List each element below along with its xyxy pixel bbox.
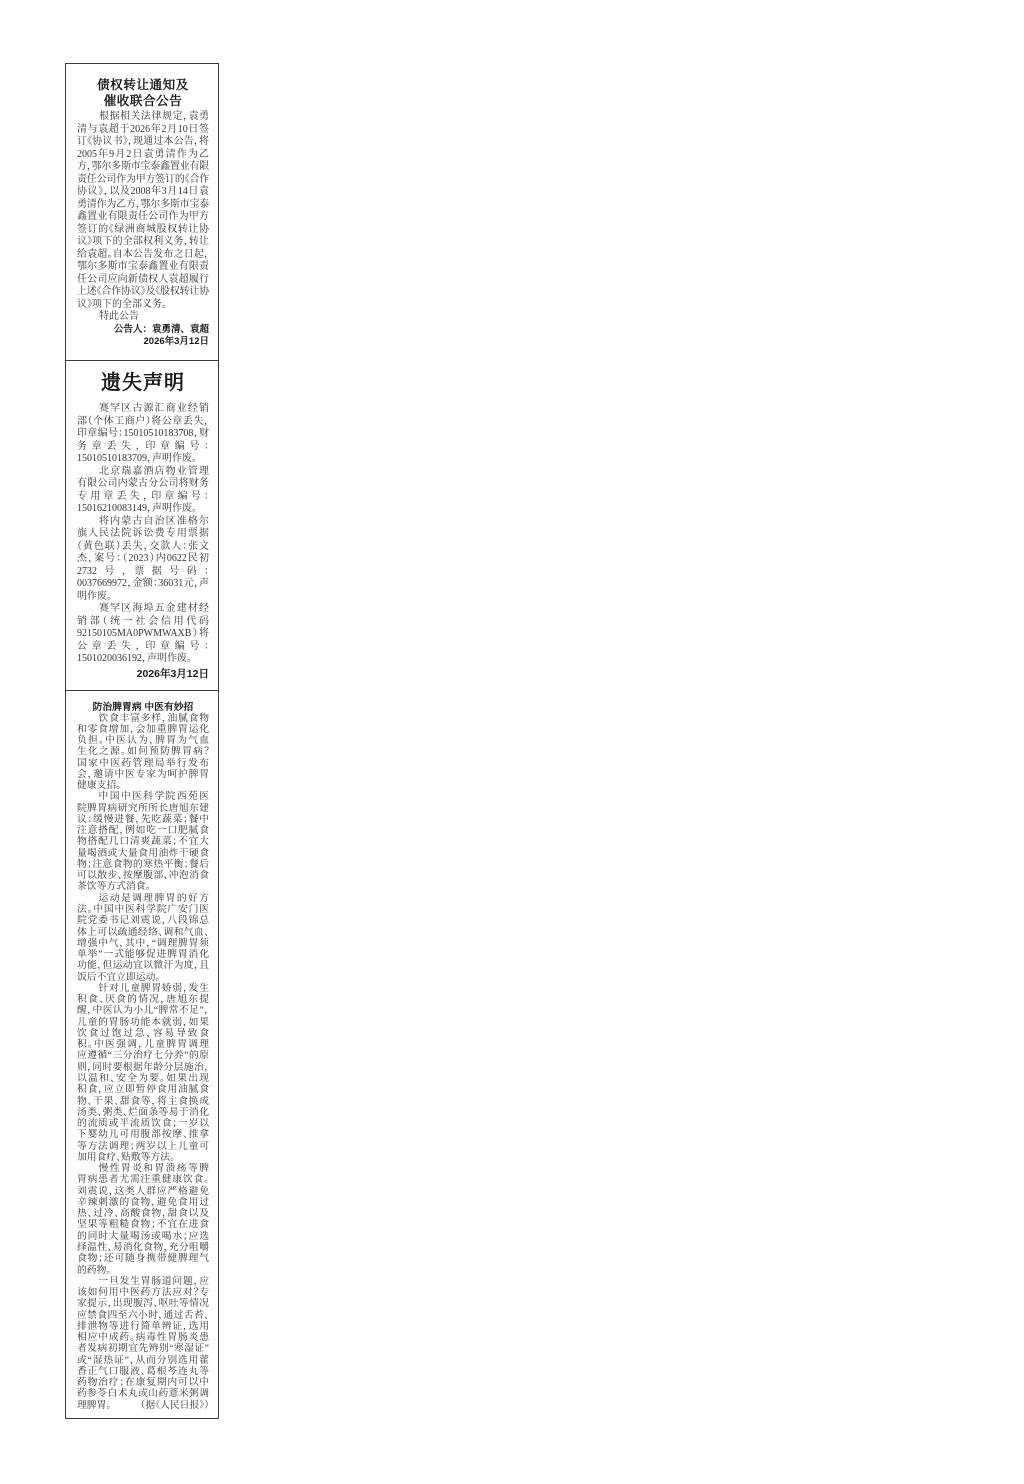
- text-line: 加用食疗、贴敷等方法。: [77, 1152, 209, 1163]
- debt-transfer-notice: 债权转让通知及 催收联合公告 根据相关法律规定，袁勇清与袁超于2026年2月10…: [66, 64, 218, 360]
- text-line: 健康支招。: [77, 780, 209, 791]
- text-line: 部（个体工商户）将公章丢失，: [77, 416, 209, 429]
- text-line: 醒，中医认为小儿“脾常不足”，: [77, 1005, 209, 1016]
- text-line: 积。中医强调，儿童脾胃调理: [77, 1039, 209, 1050]
- text-line: 辛辣刺激的食物，避免食用过: [77, 1197, 209, 1208]
- health-article: 防治脾胃病 中医有妙招 饮食丰富多样，油腻食物和零食增加，会加重脾胃运化负担。中…: [66, 690, 218, 1418]
- text-line: 国家中医药管理局举行发布: [77, 758, 209, 769]
- text-line: 积食，应立即暂停食用油腻食: [77, 1084, 209, 1095]
- notice-signatory: 公告人：袁勇清、袁超: [77, 324, 209, 337]
- text-line: 杰，案号：（2023）内0622民初: [77, 553, 209, 566]
- article-title: 防治脾胃病 中医有妙招: [77, 702, 209, 713]
- paragraph: 运动是调理脾胃的好方法。中国中医科学院广安门医院党委书记刘震说，八段锦总体上可以…: [77, 893, 209, 983]
- text-line: 或“湿热证”，从而分别选用藿: [77, 1355, 209, 1366]
- paragraph: 赛罕区海埠五金建材经销部（统一社会信用代码92150105MA0PWMWAXB）…: [77, 603, 209, 666]
- text-line: 饭后不宜立即运动。: [77, 972, 209, 983]
- newspaper-column: 债权转让通知及 催收联合公告 根据相关法律规定，袁勇清与袁超于2026年2月10…: [65, 63, 219, 1419]
- text-line: 赛罕区海埠五金建材经: [77, 603, 209, 616]
- text-line: 法。中国中医科学院广安门医: [77, 904, 209, 915]
- text-line: （黄色联）丢失，交款人：张文: [77, 541, 209, 554]
- text-line: 等方法调理；两岁以上儿童可: [77, 1141, 209, 1152]
- source-credit: （据《人民日报》）: [140, 1400, 209, 1411]
- text-line: 北京瑞嘉酒店物业管理: [77, 466, 209, 479]
- text-line: 的流质或半流质饮食；一岁以: [77, 1118, 209, 1129]
- paragraph: 饮食丰富多样，油腻食物和零食增加，会加重脾胃运化负担。中医认为，脾胃为气血生化之…: [77, 713, 209, 792]
- text-line: 一旦发生胃肠道问题，应: [77, 1276, 209, 1287]
- text-line: 坚果等粗糙食物；不宜在进食: [77, 1219, 209, 1230]
- text-line: 运动是调理脾胃的好方: [77, 893, 209, 904]
- text-line: 量喝酒或大量食用油炸干硬食: [77, 848, 209, 859]
- notice-body: 根据相关法律规定，袁勇清与袁超于2026年2月10日签订《协议书》，现通过本公告…: [77, 111, 209, 324]
- text-line: 应禁食四至六小时，通过舌苔、: [77, 1310, 209, 1321]
- text-line: 院脾胃病研究所所长唐旭东建: [77, 803, 209, 814]
- text-line: 专用章丢失，印章编号：: [77, 491, 209, 504]
- text-line: 该如何用中医药方法应对？专: [77, 1287, 209, 1298]
- text-line: 家提示，出现腹泻、呕吐等情况: [77, 1298, 209, 1309]
- text-line: 方，鄂尔多斯市宝泰鑫置业有限: [77, 161, 209, 174]
- text-line: 刘震说，这类人群应严格避免: [77, 1186, 209, 1197]
- text-line: 注意搭配，例如吃一口肥腻食: [77, 825, 209, 836]
- text-line: 销部（统一社会信用代码: [77, 616, 209, 629]
- text-line: 15010510183709，声明作废。: [77, 453, 209, 466]
- text-line: 务章丢失，印章编号：: [77, 441, 209, 454]
- text-line: 香正气口服液、葛根芩连丸等: [77, 1366, 209, 1377]
- text-line: 责任公司作为甲方签订的《合作: [77, 174, 209, 187]
- text-line: 15016210083149，声明作废。: [77, 503, 209, 516]
- text-line: 应遵循“三分治疗七分养”的原: [77, 1050, 209, 1061]
- text-line: 议》项下的全部义务。: [77, 299, 209, 312]
- text-line: 的同时大量喝汤或喝水；应选: [77, 1231, 209, 1242]
- text-line: 择温性、易消化食物，充分咀嚼: [77, 1242, 209, 1253]
- text-line: 协议》，以及2008年3月14日袁: [77, 186, 209, 199]
- paragraph: 北京瑞嘉酒店物业管理有限公司内蒙古分公司将财务专用章丢失，印章编号：150162…: [77, 466, 209, 516]
- text-line: 汤类、粥类、烂面条等易于消化: [77, 1107, 209, 1118]
- loss-statement: 遗失声明 赛罕区古源汇商业经销部（个体工商户）将公章丢失，印章编号：150105…: [66, 360, 218, 690]
- text-line: 物搭配几口清爽蔬菜；不宜大: [77, 836, 209, 847]
- text-line: 会，邀请中医专家为呵护脾胃: [77, 769, 209, 780]
- text-line: 议：缓慢进餐，先吃蔬菜；餐中: [77, 814, 209, 825]
- text-line: 药参苓白术丸或山药薏米粥调: [77, 1388, 209, 1399]
- notice-date: 2026年3月12日: [77, 336, 209, 349]
- text-line: 给袁超。自本公告发布之日起，: [77, 249, 209, 262]
- text-line: 中国中医科学院西苑医: [77, 791, 209, 802]
- text-line: 慢性胃炎和胃溃疡等脾: [77, 1163, 209, 1174]
- paragraph: 特此公告: [77, 311, 209, 324]
- paragraph: 一旦发生胃肠道问题，应该如何用中医药方法应对？专家提示，出现腹泻、呕吐等情况应禁…: [77, 1276, 209, 1411]
- text-line: 2732号，票据号码：: [77, 566, 209, 579]
- paragraph: 针对儿童脾胃娇弱，发生积食、厌食的情况，唐旭东提醒，中医认为小儿“脾常不足”，儿…: [77, 983, 209, 1163]
- loss-statement-title: 遗失声明: [77, 371, 209, 395]
- text-line: 特此公告: [77, 311, 209, 324]
- text-line: 热、过冷、高酸食物，甜食以及: [77, 1208, 209, 1219]
- loss-statement-body: 赛罕区古源汇商业经销部（个体工商户）将公章丢失，印章编号：15010510183…: [77, 403, 209, 666]
- paragraph: 慢性胃炎和胃溃疡等脾胃病患者尤需注重健康饮食。刘震说，这类人群应严格避免辛辣刺激…: [77, 1163, 209, 1276]
- notice-title: 债权转让通知及 催收联合公告: [77, 77, 209, 109]
- text-line: 功能，但运动宜以微汗为度，且: [77, 960, 209, 971]
- text-line: 有限公司内蒙古分公司将财务: [77, 478, 209, 491]
- text-line: 可以散步、按摩腹部、冲泡消食: [77, 870, 209, 881]
- text-line: 胃病患者尤需注重健康饮食。: [77, 1174, 209, 1185]
- text-line: 者发病初期宜先辨别“寒湿证”: [77, 1343, 209, 1354]
- text-line: 物、干果、甜食等，将主食换成: [77, 1096, 209, 1107]
- text-line: 赛罕区古源汇商业经销: [77, 403, 209, 416]
- text-line: 儿童的胃肠功能本就弱，如果: [77, 1017, 209, 1028]
- text-line: 生化之源。如何预防脾胃病？: [77, 746, 209, 757]
- text-line: 增强中气，其中，“调理脾胃须: [77, 938, 209, 949]
- text-line: 和零食增加，会加重脾胃运化: [77, 724, 209, 735]
- text-line: 以温和、安全为要。如果出现: [77, 1073, 209, 1084]
- text-line: 1501020036192，声明作废。: [77, 653, 209, 666]
- text-line: 议》项下的全部权利义务，转让: [77, 236, 209, 249]
- notice-title-line: 债权转让通知及: [77, 77, 209, 93]
- paragraph: 根据相关法律规定，袁勇清与袁超于2026年2月10日签订《协议书》，现通过本公告…: [77, 111, 209, 311]
- text-line: 0037669972，金额：36031元，声: [77, 578, 209, 591]
- text-line: 饮食过饱过急，容易导致食: [77, 1028, 209, 1039]
- text-line: 物；注意食物的寒热平衡；餐后: [77, 859, 209, 870]
- text-line: 院党委书记刘震说，八段锦总: [77, 915, 209, 926]
- text-line: 食物；还可随身携带健脾理气: [77, 1253, 209, 1264]
- text-line: 体上可以疏通经络、调和气血、: [77, 927, 209, 938]
- text-line: 排泄物等进行简单辨证，选用: [77, 1321, 209, 1332]
- paragraph: 中国中医科学院西苑医院脾胃病研究所所长唐旭东建议：缓慢进餐，先吃蔬菜；餐中注意搭…: [77, 791, 209, 892]
- text-line: 上述《合作协议》及《股权转让协: [77, 286, 209, 299]
- text-line: 将内蒙古自治区准格尔: [77, 516, 209, 529]
- text-line: 92150105MA0PWMWAXB）将: [77, 628, 209, 641]
- text-line: 饮食丰富多样，油腻食物: [77, 713, 209, 724]
- text-line: 则，同时要根据年龄分层施治，: [77, 1062, 209, 1073]
- text-line: 订《协议书》，现通过本公告，将: [77, 136, 209, 149]
- notice-title-line: 催收联合公告: [77, 93, 209, 109]
- text-line: 2005年9月2日袁勇清作为乙: [77, 149, 209, 162]
- text-line: 积食、厌食的情况，唐旭东提: [77, 994, 209, 1005]
- text-line: 任公司应向新债权人袁超履行: [77, 274, 209, 287]
- text-line: 勇清作为乙方，鄂尔多斯市宝泰: [77, 199, 209, 212]
- text-line: 印章编号：15010510183708，财: [77, 428, 209, 441]
- text-line-end: 理脾胃。: [77, 1400, 111, 1411]
- text-line: 根据相关法律规定，袁勇: [77, 111, 209, 124]
- text-line: 鑫置业有限责任公司作为甲方: [77, 211, 209, 224]
- text-line: 旗人民法院诉讼费专用票据: [77, 528, 209, 541]
- text-line: 药物治疗；在康复期内可以中: [77, 1377, 209, 1388]
- text-line: 针对儿童脾胃娇弱，发生: [77, 983, 209, 994]
- text-line: 理脾胃。（据《人民日报》）: [77, 1400, 209, 1411]
- text-line: 茶饮等方式消食。: [77, 881, 209, 892]
- loss-statement-date: 2026年3月12日: [77, 668, 209, 681]
- text-line: 下婴幼儿可用腹部按摩、推拿: [77, 1129, 209, 1140]
- paragraph: 赛罕区古源汇商业经销部（个体工商户）将公章丢失，印章编号：15010510183…: [77, 403, 209, 466]
- text-line: 清与袁超于2026年2月10日签: [77, 124, 209, 137]
- text-line: 鄂尔多斯市宝泰鑫置业有限责: [77, 261, 209, 274]
- text-line: 明作废。: [77, 591, 209, 604]
- text-line: 公章丢失，印章编号：: [77, 641, 209, 654]
- text-line: 负担。中医认为，脾胃为气血: [77, 735, 209, 746]
- text-line: 签订的《绿洲商城股权转让协: [77, 224, 209, 237]
- article-body: 饮食丰富多样，油腻食物和零食增加，会加重脾胃运化负担。中医认为，脾胃为气血生化之…: [77, 713, 209, 1411]
- text-line: 的药物。: [77, 1265, 209, 1276]
- text-line: 单举”一式能够促进脾胃消化: [77, 949, 209, 960]
- text-line: 相应中成药。病毒性胃肠炎患: [77, 1332, 209, 1343]
- paragraph: 将内蒙古自治区准格尔旗人民法院诉讼费专用票据（黄色联）丢失，交款人：张文杰，案号…: [77, 516, 209, 604]
